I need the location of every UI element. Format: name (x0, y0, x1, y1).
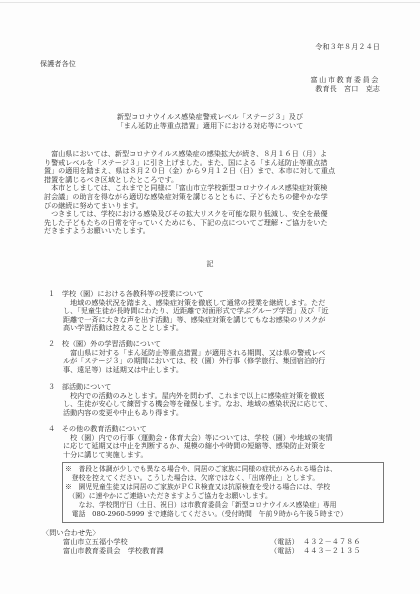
notice-line: 登校を控えてください。こうした場合は、欠席ではなく、「出席停止」とします。 (65, 474, 319, 482)
notice-line: 電話 080-2960-5999 まで連絡してください。（受付時間 午前９時から… (65, 510, 347, 518)
notice-box: ※ 普段と体調が少しでも異なる場合や、同居のご家族に同様の症状がみられる場合は、… (62, 462, 384, 523)
notice-line: ※ 園児児童生徒又は同居のご家族がＰＣＲ検査又は抗原検査を受ける場合には、学校 (65, 483, 330, 491)
section-2: ２ 校（園）外の学習活動について 富山県に対する「まん延防止等重点措置」が適用さ… (48, 340, 325, 374)
section-number: ２ (48, 339, 55, 348)
section-line: 高い学習活動は控えることとします。 (63, 324, 328, 333)
notice-line: （園）に速やかにご連絡いただきますようご協力をお願いします。 (65, 492, 272, 500)
notice-line: ※ 普段と体調が少しでも異なる場合や、同居のご家族に同様の症状がみられる場合は、 (65, 465, 337, 473)
document-title-line-2: 「まん延防止等重点措置」適用下における対応等について (0, 122, 420, 131)
notice-line: なお、学校閉庁日（土日、祝日）は市教育委員会「新型コロナウイルス感染症」専用 (65, 501, 336, 509)
document-date: 令和３年８月２４日 (315, 43, 380, 52)
section-line: 十分に講じて実施します。 (63, 451, 332, 460)
section-heading: 学校（園）における各教科等の授業について (62, 289, 204, 298)
section-body: 富山県に対する「まん延防止等重点措置」が適用される期間、又は県の警戒レベ ルが「… (48, 349, 325, 375)
section-body: 地域の感染状況を踏まえ、感染症対策を徹底して通常の授業を継続します。ただ し、「… (48, 299, 328, 333)
section-body: 校（園）内での行事（運動会・体育大会）等については、学校（園）や地域の実情 に応… (48, 434, 332, 460)
ki-notation: 記 (0, 260, 420, 269)
intro-paragraph: 富山県においては、新型コロナウイルス感染症の感染拡大が続き、８月１６日（月）よ … (44, 150, 335, 236)
document-page: 令和３年８月２４日 保護者各位 富山市教育委員会 教育長 宮口 克志 新型コロナ… (0, 0, 420, 594)
intro-line: だきますようお願いいたします。 (44, 227, 335, 236)
section-3: ３ 部活動について 校内での活動のみとします。屋内外を問わず、これまで以上に感染… (48, 383, 332, 417)
contact-phone-label-2: （電話） (270, 547, 299, 556)
section-heading: 部活動について (62, 382, 112, 391)
section-number: ４ (48, 424, 55, 433)
section-line: 事、遠足等）は延期又は中止します。 (63, 366, 325, 375)
section-1: １ 学校（園）における各教科等の授業について 地域の感染状況を踏まえ、感染症対策… (48, 290, 328, 333)
section-heading: その他の教育活動について (62, 424, 147, 433)
contact-name-2: 富山市教育委員会 学校教育課 (63, 547, 164, 556)
section-body: 校内での活動のみとします。屋内外を問わず、これまで以上に感染症対策を徹底 し、生… (48, 392, 332, 418)
sender-name: 教育長 宮口 克志 (315, 85, 380, 94)
contact-phone-2: ４４３－２１３５ (303, 547, 361, 556)
section-number: １ (48, 289, 55, 298)
section-heading: 校（園）外の学習活動について (62, 339, 161, 348)
section-4: ４ その他の教育活動について 校（園）内での行事（運動会・体育大会）等については… (48, 425, 332, 459)
addressee: 保護者各位 (40, 60, 76, 69)
scan-edge-line (0, 2, 420, 3)
section-line: 活動内容の変更や中止もあり得ます。 (63, 409, 332, 418)
section-number: ３ (48, 382, 55, 391)
